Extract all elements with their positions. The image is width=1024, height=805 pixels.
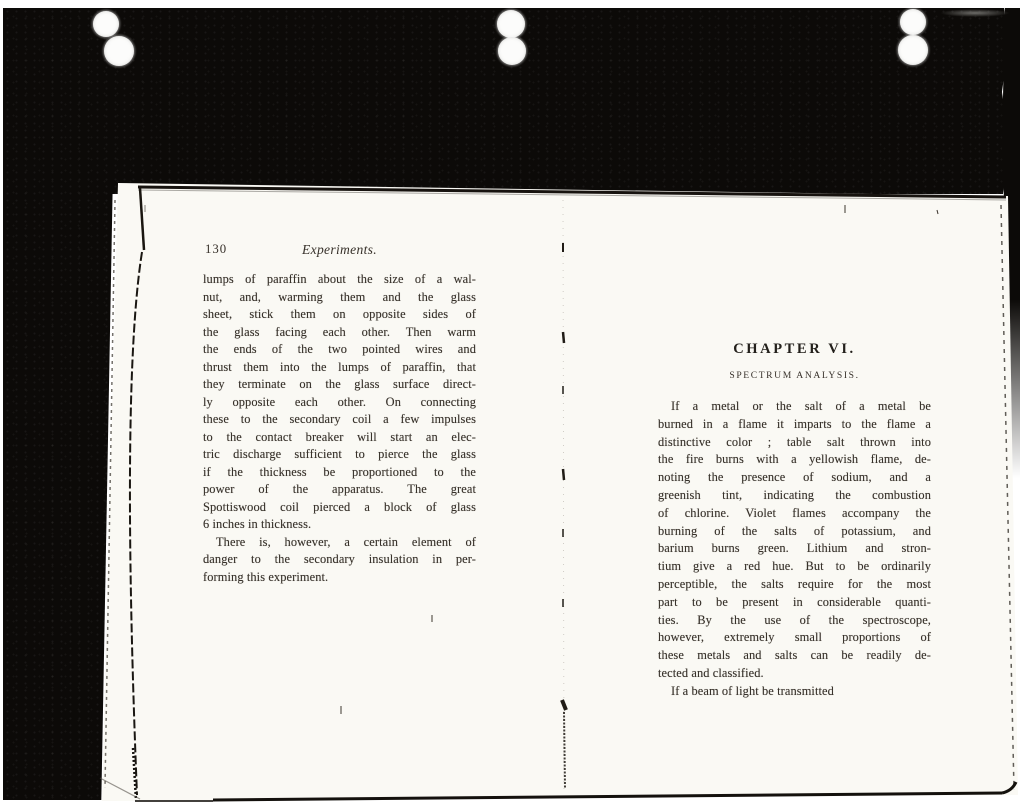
text-line: they terminate on the glass surface dire… — [203, 376, 476, 394]
text-line: the glass facing each other. Then warm — [203, 324, 476, 342]
left-page-header: 130 Experiments. — [203, 242, 476, 260]
text-line: to the contact breaker will start an ele… — [203, 429, 476, 447]
text-line: 6 inches in thickness. — [203, 516, 476, 534]
text-line: the ends of the two pointed wires and — [203, 341, 476, 359]
binder-pin-left-top — [93, 11, 119, 37]
binder-pin-middle-top — [497, 10, 525, 38]
section-heading: SPECTRUM ANALYSIS. — [658, 370, 931, 381]
text-line: greenish tint, indicating the combustion — [658, 487, 931, 505]
text-line: ties. By the use of the spectroscope, — [658, 612, 931, 630]
text-line: There is, however, a certain element of — [203, 534, 476, 552]
text-line: forming this experiment. — [203, 569, 476, 587]
paragraph: lumps of paraffin about the size of a wa… — [203, 271, 476, 534]
text-line: barium burns green. Lithium and stron- — [658, 540, 931, 558]
text-line: Spottiswood coil pierced a block of glas… — [203, 499, 476, 517]
paragraph: If a metal or the salt of a metal beburn… — [658, 398, 931, 683]
text-line: these to the secondary coil a few impuls… — [203, 411, 476, 429]
text-line: part to be present in considerable quant… — [658, 594, 931, 612]
text-line: perceptible, the salts require for the m… — [658, 576, 931, 594]
scanned-book-page: { "colors": { "scan_black": "#0c0a08", "… — [0, 0, 1024, 805]
text-line: burning of the salts of potassium, and — [658, 523, 931, 541]
text-line: sheet, stick them on opposite sides of — [203, 306, 476, 324]
text-line: If a metal or the salt of a metal be — [658, 398, 931, 416]
text-line: noting the presence of sodium, and a — [658, 469, 931, 487]
scan-smudge — [940, 9, 1010, 17]
text-line: ly opposite each other. On connecting — [203, 394, 476, 412]
text-line: however, extremely small proportions of — [658, 629, 931, 647]
left-page-body: lumps of paraffin about the size of a wa… — [203, 271, 476, 586]
binder-pin-right-top — [900, 9, 926, 35]
running-header: Experiments. — [203, 242, 476, 258]
text-line: if the thickness be proportioned to the — [203, 464, 476, 482]
text-line: tium give a red hue. But to be ordinaril… — [658, 558, 931, 576]
text-line: tected and classified. — [658, 665, 931, 683]
paragraph: There is, however, a certain element ofd… — [203, 534, 476, 587]
text-line: nut, and, warming them and the glass — [203, 289, 476, 307]
scanner-bed-background-left — [3, 8, 116, 800]
binder-pin-right-bottom — [898, 35, 928, 65]
paragraph: If a beam of light be transmitted — [658, 683, 931, 701]
text-line: power of the apparatus. The great — [203, 481, 476, 499]
chapter-heading: CHAPTER VI. — [658, 341, 931, 358]
text-line: danger to the secondary insulation in pe… — [203, 551, 476, 569]
right-page-body: If a metal or the salt of a metal beburn… — [658, 398, 931, 701]
text-line: distinctive color ; table salt thrown in… — [658, 434, 931, 452]
text-line: burned in a flame it imparts to the flam… — [658, 416, 931, 434]
text-line: these metals and salts can be readily de… — [658, 647, 931, 665]
text-line: lumps of paraffin about the size of a wa… — [203, 271, 476, 289]
text-line: thrust them into the lumps of paraffin, … — [203, 359, 476, 377]
text-line: If a beam of light be transmitted — [658, 683, 931, 701]
text-line: tric discharge sufficient to pierce the … — [203, 446, 476, 464]
text-line: the fire burns with a yellowish flame, d… — [658, 451, 931, 469]
binder-pin-left-bottom — [104, 36, 134, 66]
binder-pin-middle-bottom — [498, 37, 526, 65]
text-line: of chlorine. Violet flames accompany the — [658, 505, 931, 523]
